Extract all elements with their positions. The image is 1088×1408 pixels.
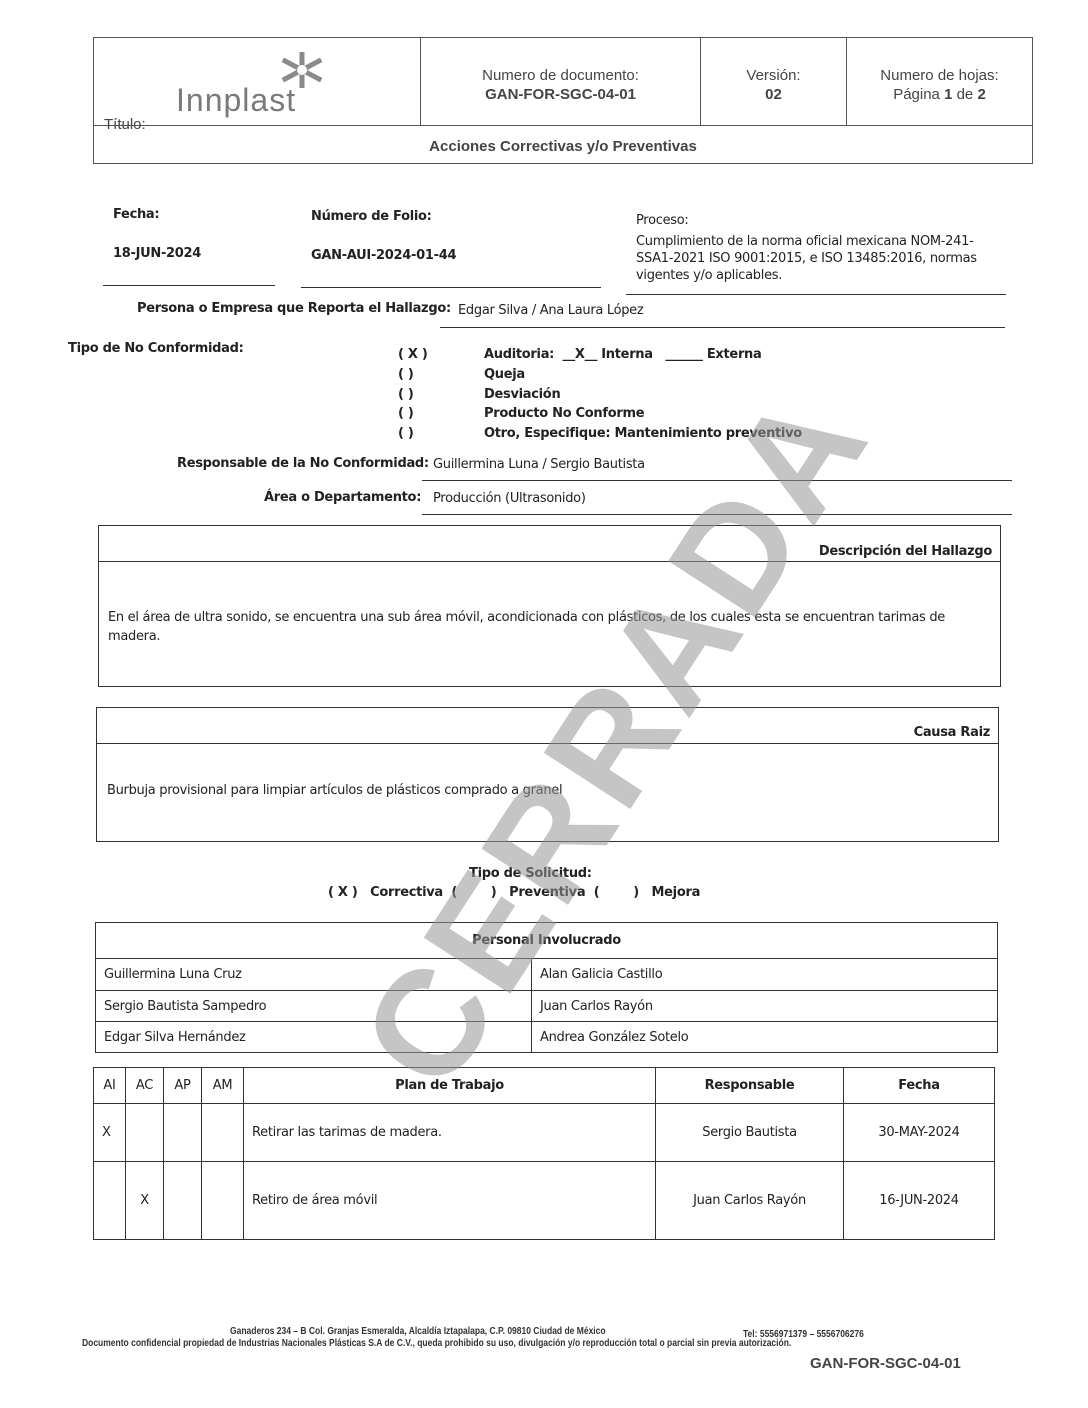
responsable-cell: Sergio Bautista — [656, 1104, 844, 1162]
reporta-field: Edgar Silva / Ana Laura López — [440, 303, 1005, 328]
hallazgo-header: Descripción del Hallazgo — [99, 526, 1000, 562]
causa-raiz-text: Burbuja provisional para limpiar artícul… — [107, 783, 562, 798]
version-cell: Versión: 02 — [700, 38, 846, 126]
area-field: Producción (Ultrasonido) — [422, 491, 1012, 515]
area-value: Producción (Ultrasonido) — [433, 491, 586, 506]
person-name: Juan Carlos Rayón — [532, 991, 998, 1022]
footer-doc-code: GAN-FOR-SGC-04-01 — [810, 1355, 961, 1372]
pages-label: Numero de hojas: — [847, 66, 1032, 85]
reporta-label: Persona o Empresa que Reporta el Hallazg… — [137, 301, 451, 316]
pages-value: Página 1 de 2 — [847, 85, 1032, 104]
company-logo-text: Innplast — [176, 82, 296, 119]
responsable-value: Guillermina Luna / Sergio Bautista — [433, 457, 645, 472]
plan-cell: Retirar las tarimas de madera. — [244, 1104, 656, 1162]
option-check-mark: ( ) — [398, 365, 484, 385]
document-header: Innplast Numero de documento: GAN-FOR-SG… — [93, 37, 1033, 164]
person-name: Edgar Silva Hernández — [96, 1022, 532, 1053]
person-name: Guillermina Luna Cruz — [96, 959, 532, 991]
option-label: Producto No Conforme — [484, 406, 644, 421]
version-value: 02 — [701, 85, 846, 104]
col-plan-header: Plan de Trabajo — [244, 1068, 656, 1104]
doc-number-label: Numero de documento: — [421, 66, 700, 85]
folio-value: GAN-AUI-2024-01-44 — [311, 248, 456, 263]
table-row: X Retirar las tarimas de madera. Sergio … — [94, 1104, 995, 1162]
plan-table: AI AC AP AM Plan de Trabajo Responsable … — [93, 1067, 995, 1240]
plan-cell: Retiro de área móvil — [244, 1162, 656, 1240]
ai-cell: X — [94, 1104, 126, 1162]
no-conformidad-options: ( X )Auditoria: __X__ Interna ______ Ext… — [398, 345, 802, 444]
pages-cell: Numero de hojas: Página 1 de 2 — [846, 38, 1032, 126]
proceso-value: Cumplimiento de la norma oficial mexican… — [636, 234, 977, 283]
proceso-field: Cumplimiento de la norma oficial mexican… — [626, 233, 1006, 295]
folio-field: GAN-AUI-2024-01-44 — [301, 246, 601, 288]
responsable-field: Guillermina Luna / Sergio Bautista — [422, 457, 1012, 481]
folio-label: Número de Folio: — [311, 209, 432, 224]
option-label: Auditoria: — [484, 347, 554, 362]
fecha-cell: 16-JUN-2024 — [844, 1162, 995, 1240]
hallazgo-text: En el área de ultra sonido, se encuentra… — [108, 608, 980, 646]
fecha-value: 18-JUN-2024 — [113, 246, 201, 261]
option-auditoria[interactable]: ( X )Auditoria: __X__ Interna ______ Ext… — [398, 345, 802, 365]
option-label: Otro, Especifique: Mantenimiento prevent… — [484, 426, 802, 441]
auditoria-interna: __X__ Interna — [563, 347, 653, 362]
responsable-cell: Juan Carlos Rayón — [656, 1162, 844, 1240]
person-name: Andrea González Sotelo — [532, 1022, 998, 1053]
footer-address: Ganaderos 234 – B Col. Granjas Esmeralda… — [230, 1326, 606, 1337]
table-row: X Retiro de área móvil Juan Carlos Rayón… — [94, 1162, 995, 1240]
no-conformidad-label: Tipo de No Conformidad: — [68, 341, 243, 356]
option-check-mark: ( X ) — [398, 345, 484, 365]
am-cell — [202, 1104, 244, 1162]
table-row: Sergio Bautista SampedroJuan Carlos Rayó… — [96, 991, 998, 1022]
causa-raiz-box: Causa Raiz Burbuja provisional para limp… — [96, 707, 999, 842]
option-check-mark: ( ) — [398, 385, 484, 405]
page-current: 1 — [944, 86, 952, 103]
ac-cell: X — [126, 1162, 164, 1240]
auditoria-externa: ______ Externa — [665, 347, 761, 362]
fecha-field: 18-JUN-2024 — [103, 244, 275, 286]
doc-number-cell: Numero de documento: GAN-FOR-SGC-04-01 — [420, 38, 700, 126]
ap-cell — [164, 1104, 202, 1162]
area-label: Área o Departamento: — [264, 490, 421, 505]
col-am-header: AM — [202, 1068, 244, 1104]
table-row: Guillermina Luna CruzAlan Galicia Castil… — [96, 959, 998, 991]
ap-cell — [164, 1162, 202, 1240]
document-title: Acciones Correctivas y/o Preventivas — [94, 138, 1032, 155]
hallazgo-title: Descripción del Hallazgo — [819, 544, 992, 559]
option-check-mark: ( ) — [398, 424, 484, 444]
personal-table: Personal Involucrado Guillermina Luna Cr… — [95, 922, 998, 1053]
option-label: Desviación — [484, 387, 560, 402]
solicitud-label: Tipo de Solicitud: — [469, 866, 592, 881]
causa-raiz-header: Causa Raiz — [97, 708, 998, 744]
table-row: Edgar Silva HernándezAndrea González Sot… — [96, 1022, 998, 1053]
col-ai-header: AI — [94, 1068, 126, 1104]
person-name: Sergio Bautista Sampedro — [96, 991, 532, 1022]
option-producto-no-conforme[interactable]: ( )Producto No Conforme — [398, 404, 802, 424]
option-queja[interactable]: ( )Queja — [398, 365, 802, 385]
ai-cell — [94, 1162, 126, 1240]
am-cell — [202, 1162, 244, 1240]
col-ap-header: AP — [164, 1068, 202, 1104]
title-label: Título: — [104, 116, 146, 133]
responsable-label: Responsable de la No Conformidad: — [177, 456, 429, 471]
personal-title: Personal Involucrado — [96, 923, 998, 959]
col-fecha-header: Fecha — [844, 1068, 995, 1104]
option-label: Queja — [484, 367, 525, 382]
header-row: Innplast Numero de documento: GAN-FOR-SG… — [94, 38, 1032, 126]
causa-raiz-title: Causa Raiz — [914, 725, 990, 740]
fecha-cell: 30-MAY-2024 — [844, 1104, 995, 1162]
option-check-mark: ( ) — [398, 404, 484, 424]
option-otro[interactable]: ( )Otro, Especifique: Mantenimiento prev… — [398, 424, 802, 444]
hallazgo-box: Descripción del Hallazgo En el área de u… — [98, 525, 1001, 687]
option-desviacion[interactable]: ( )Desviación — [398, 385, 802, 405]
plan-header-row: AI AC AP AM Plan de Trabajo Responsable … — [94, 1068, 995, 1104]
solicitud-options[interactable]: ( X ) Correctiva ( ) Preventiva ( ) Mejo… — [328, 885, 700, 900]
person-name: Alan Galicia Castillo — [532, 959, 998, 991]
ac-cell — [126, 1104, 164, 1162]
proceso-label: Proceso: — [636, 213, 688, 228]
pages-prefix: Página — [893, 86, 940, 103]
reporta-value: Edgar Silva / Ana Laura López — [458, 303, 643, 318]
doc-number: GAN-FOR-SGC-04-01 — [421, 85, 700, 104]
col-responsable-header: Responsable — [656, 1068, 844, 1104]
footer-confidential: Documento confidencial propiedad de Indu… — [82, 1338, 791, 1349]
page-total: 2 — [977, 86, 985, 103]
fecha-label: Fecha: — [113, 207, 159, 222]
version-label: Versión: — [701, 66, 846, 85]
col-ac-header: AC — [126, 1068, 164, 1104]
pages-of: de — [957, 86, 974, 103]
